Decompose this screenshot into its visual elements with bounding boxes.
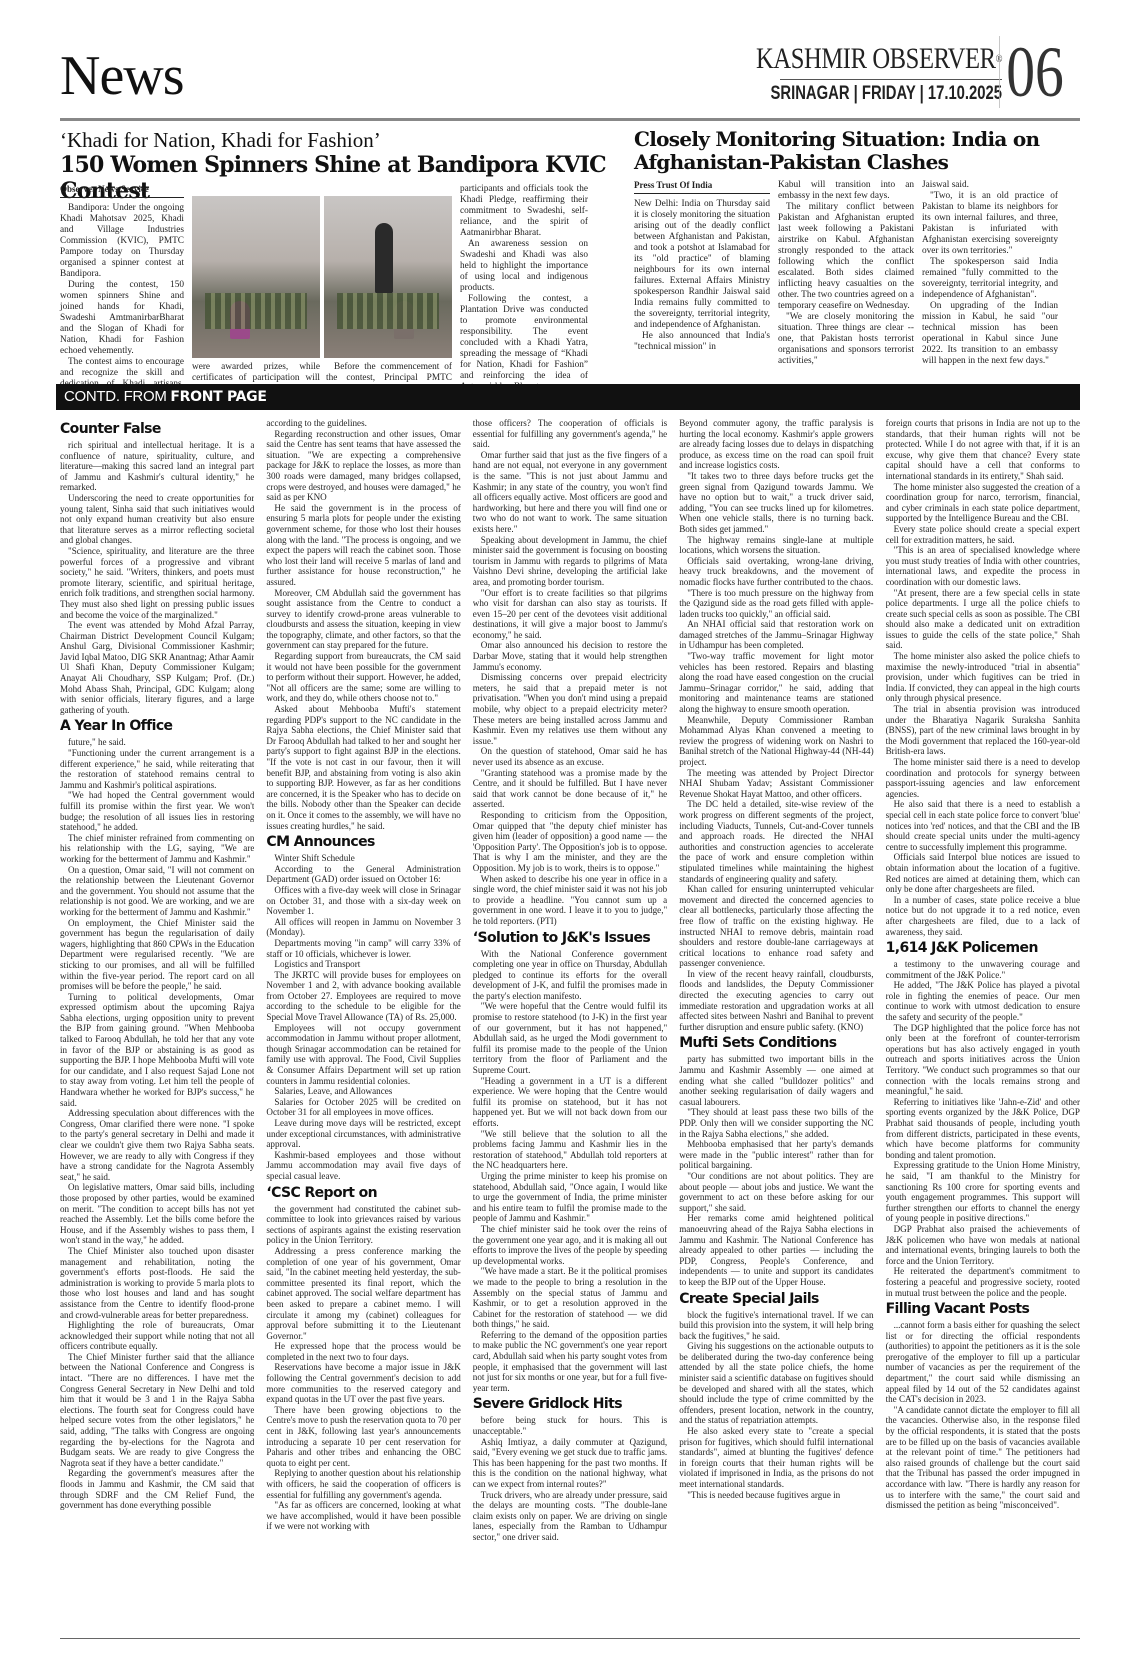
paragraph: Truck drivers, who are already under pre… <box>473 1490 667 1543</box>
paragraph: Mehbooba emphasised that her party's dem… <box>679 1139 873 1171</box>
paragraph: Asked about Mehbooba Mufti's statement r… <box>266 704 460 831</box>
paragraph: The Chief Minister also touched upon dis… <box>60 1246 254 1320</box>
paragraph: Speaking about development in Jammu, the… <box>473 535 667 588</box>
story-afghanistan: Closely Monitoring Situation: India on A… <box>634 128 1080 373</box>
publication-name: KASHMIR OBSERVER® <box>756 42 1002 76</box>
paragraph: The military conflict between Pakistan a… <box>778 202 914 312</box>
paragraph: Underscoring the need to create opportun… <box>60 493 254 546</box>
brand-block: KASHMIR OBSERVER® SRINAGAR | FRIDAY | 17… <box>702 42 1002 105</box>
paragraph: He reiterated the department's commitmen… <box>886 1266 1080 1298</box>
section-title: News <box>60 46 184 106</box>
newspaper-page: News KASHMIR OBSERVER® SRINAGAR | FRIDAY… <box>60 0 1080 1670</box>
story-col-1: Observer News Service Bandipora: Under t… <box>60 184 184 412</box>
paragraph: Meanwhile, Deputy Commissioner Ramban Mo… <box>679 715 873 768</box>
paragraph: "We still believe that the solution to a… <box>473 1129 667 1171</box>
masthead-rule <box>60 118 1080 121</box>
paragraph: Replying to another question about his r… <box>266 1468 460 1500</box>
paragraph: "This is needed because fugitives argue … <box>679 1490 873 1501</box>
paragraph: The spokesperson said India remained "fu… <box>922 257 1058 301</box>
paragraph: Highlighting the role of bureaucrats, Om… <box>60 1320 254 1352</box>
paragraph: Responding to criticism from the Opposit… <box>473 810 667 874</box>
paragraph: With the National Conference government … <box>473 949 667 1002</box>
paragraph: He said the government is in the process… <box>266 503 460 588</box>
section-heading: Filling Vacant Posts <box>886 1300 1080 1318</box>
section-heading: ‘Solution to J&K's Issues <box>473 929 667 947</box>
paragraph: rich spiritual and intellectual heritage… <box>60 440 254 493</box>
paragraph: Winter Shift Schedule <box>266 853 460 864</box>
paragraph: Expressing gratitude to the Union Home M… <box>886 1160 1080 1224</box>
story-photo <box>192 196 452 358</box>
paragraph: According to the General Administration … <box>266 864 460 885</box>
paragraph: Officials said Interpol blue notices are… <box>886 852 1080 894</box>
paragraph: Giving his suggestions on the actionable… <box>679 1341 873 1426</box>
paragraph: Her remarks come amid heightened politic… <box>679 1213 873 1287</box>
paragraph: Turning to political developments, Omar … <box>60 992 254 1109</box>
photo-spinners-left <box>192 196 320 358</box>
paragraph: "Functioning under the current arrangeme… <box>60 748 254 790</box>
paragraph: before being stuck for hours. This is un… <box>473 1415 667 1436</box>
brand-name-text: KASHMIR OBSERVER <box>756 42 996 75</box>
paragraph: "We were hopeful that the Centre would f… <box>473 1001 667 1075</box>
paragraph: Offices with a five-day week will close … <box>266 885 460 917</box>
page-number: 06 <box>999 36 1064 108</box>
story-col-3: Jaiswal said. "Two, it is an old practic… <box>922 180 1058 367</box>
byline: Press Trust Of India <box>634 180 770 194</box>
paragraph: An awareness session on Swadeshi and Kha… <box>460 239 588 294</box>
paragraph: On upgrading of the Indian mission in Ka… <box>922 301 1058 367</box>
paragraph: "Heading a government in a UT is a diffe… <box>473 1076 667 1129</box>
paragraph: Leave during move days will be restricte… <box>266 1118 460 1150</box>
paragraph: He also said that there is a need to est… <box>886 799 1080 852</box>
section-heading: Counter False <box>60 420 254 438</box>
paragraph: The trial in absentia provision was intr… <box>886 704 1080 757</box>
paragraph: DGP Prabhat also praised the achievement… <box>886 1224 1080 1266</box>
column-1: Counter Falserich spiritual and intellec… <box>60 418 254 1630</box>
paragraph: Moreover, CM Abdullah said the governmen… <box>266 588 460 652</box>
column-3: those officers? The cooperation of offic… <box>473 418 667 1630</box>
paragraph: Bandipora: Under the ongoing Khadi Mahot… <box>60 203 184 280</box>
paragraph: Kashmir-based employees and those withou… <box>266 1150 460 1182</box>
paragraph: "We are closely monitoring the situation… <box>778 312 914 367</box>
paragraph: On a question, Omar said, "I will not co… <box>60 865 254 918</box>
column-2: according to the guidelines.Regarding re… <box>266 418 460 1630</box>
photo-figure <box>375 223 393 293</box>
paragraph: The chief minister refrained from commen… <box>60 833 254 865</box>
paragraph: those officers? The cooperation of offic… <box>473 418 667 450</box>
paragraph: The chief minister said he took over the… <box>473 1224 667 1266</box>
paragraph: Referring to the demand of the oppositio… <box>473 1330 667 1394</box>
paragraph: "There is too much pressure on the highw… <box>679 588 873 620</box>
photo-spinners-right <box>324 196 452 358</box>
paragraph: Khan called for ensuring uninterrupted v… <box>679 884 873 969</box>
story-headline: Closely Monitoring Situation: India on A… <box>634 128 1080 174</box>
paragraph: Urging the prime minister to keep his pr… <box>473 1171 667 1224</box>
section-heading: Create Special Jails <box>679 1290 873 1308</box>
dateline: SRINAGAR | FRIDAY | 17.10.2025 <box>768 83 1002 105</box>
byline: Observer News Service <box>60 184 184 198</box>
paragraph: On the question of statehood, Omar said … <box>473 746 667 767</box>
paragraph: Referring to initiatives like 'Jahn-e-Zi… <box>886 1097 1080 1161</box>
story-col-4: participants and officials took the Khad… <box>460 184 588 393</box>
paragraph: future," he said. <box>60 737 254 748</box>
paragraph: Every state police should create a speci… <box>886 524 1080 545</box>
section-heading: ‘CSC Report on <box>266 1184 460 1202</box>
story-khadi: ‘Khadi for Nation, Khadi for Fashion’ 15… <box>60 128 620 373</box>
banner-prefix: CONTD. FROM <box>64 388 170 405</box>
paragraph: The Chief Minister further said that the… <box>60 1352 254 1469</box>
paragraph: Reservations have become a major issue i… <box>266 1362 460 1404</box>
paragraph: All offices will reopen in Jammu on Nove… <box>266 917 460 938</box>
paragraph: a testimony to the unwavering courage an… <box>886 959 1080 980</box>
paragraph: The home minister also suggested the cre… <box>886 482 1080 524</box>
section-heading: 1,614 J&K Policemen <box>886 939 1080 957</box>
paragraph: On employment, the Chief Minister said t… <box>60 918 254 992</box>
paragraph: Beyond commuter agony, the traffic paral… <box>679 418 873 471</box>
paragraph: Dismissing concerns over prepaid electri… <box>473 672 667 746</box>
paragraph: An NHAI official said that restoration w… <box>679 619 873 651</box>
paragraph: foreign courts that prisons in India are… <box>886 418 1080 482</box>
contd-banner: CONTD. FROM FRONT PAGE <box>56 384 1080 410</box>
paragraph: "Science, spirituality, and literature a… <box>60 546 254 620</box>
paragraph: He also asked every state to "create a s… <box>679 1426 873 1490</box>
paragraph: The highway remains single-lane at multi… <box>679 535 873 556</box>
bottom-rule <box>60 1638 1080 1639</box>
paragraph: The DC held a detailed, site-wise review… <box>679 799 873 884</box>
paragraph: Omar also announced his decision to rest… <box>473 640 667 672</box>
photo-figure <box>394 301 414 339</box>
paragraph: He added, "The J&K Police has played a p… <box>886 980 1080 1022</box>
brand-divider <box>780 79 1002 80</box>
paragraph: "It takes two to three days before truck… <box>679 471 873 535</box>
paragraph: according to the guidelines. <box>266 418 460 429</box>
paragraph: Addressing a press conference marking th… <box>266 1246 460 1341</box>
paragraph: Omar further said that just as the five … <box>473 450 667 535</box>
photo-figure <box>230 301 250 339</box>
column-5: foreign courts that prisons in India are… <box>886 418 1080 1630</box>
paragraph: Following the contest, a Plantation Driv… <box>460 294 588 393</box>
paragraph: When asked to describe his one year in o… <box>473 874 667 927</box>
paragraph: In view of the recent heavy rainfall, cl… <box>679 969 873 1033</box>
section-heading: Mufti Sets Conditions <box>679 1034 873 1052</box>
paragraph: block the fugitive's international trave… <box>679 1310 873 1342</box>
paragraph: participants and officials took the Khad… <box>460 184 588 239</box>
paragraph: New Delhi: India on Thursday said it is … <box>634 199 770 331</box>
paragraph: The meeting was attended by Project Dire… <box>679 768 873 800</box>
paragraph: Logistics and Transport <box>266 959 460 970</box>
paragraph: Kabul will transition into an embassy in… <box>778 180 914 202</box>
banner-emphasis: FRONT PAGE <box>170 389 266 405</box>
section-heading: Severe Gridlock Hits <box>473 1395 667 1413</box>
masthead: News KASHMIR OBSERVER® SRINAGAR | FRIDAY… <box>60 40 1080 110</box>
paragraph: The home minister also asked the police … <box>886 651 1080 704</box>
paragraph: party has submitted two important bills … <box>679 1054 873 1107</box>
section-heading: CM Announces <box>266 833 460 851</box>
paragraph: "As far as officers are concerned, looki… <box>266 1500 460 1532</box>
paragraph: "Our conditions are not about politics. … <box>679 1171 873 1213</box>
paragraph: Salaries for October 2025 will be credit… <box>266 1097 460 1118</box>
continued-columns: Counter Falserich spiritual and intellec… <box>60 418 1080 1630</box>
paragraph: Ashiq Imtiyaz, a daily commuter at Qazig… <box>473 1437 667 1490</box>
paragraph: "At present, there are a few special cel… <box>886 588 1080 652</box>
section-heading: A Year In Office <box>60 717 254 735</box>
paragraph: Jaiswal said. <box>922 180 1058 191</box>
paragraph: "This is an area of specialised knowledg… <box>886 545 1080 587</box>
paragraph: Addressing speculation about differences… <box>60 1108 254 1182</box>
paragraph: "They should at least pass these two bil… <box>679 1107 873 1139</box>
paragraph: Employees will not occupy government acc… <box>266 1023 460 1087</box>
paragraph: He expressed hope that the process would… <box>266 1341 460 1362</box>
paragraph: He also announced that India's "technica… <box>634 331 770 353</box>
paragraph: During the contest, 150 women spinners S… <box>60 280 184 357</box>
paragraph: the government had constituted the cabin… <box>266 1204 460 1246</box>
column-4: Beyond commuter agony, the traffic paral… <box>679 418 873 1630</box>
story-kicker: ‘Khadi for Nation, Khadi for Fashion’ <box>60 128 620 152</box>
paragraph: In a number of cases, state police recei… <box>886 895 1080 937</box>
paragraph: On legislative matters, Omar said bills,… <box>60 1182 254 1246</box>
paragraph: Regarding the government's measures afte… <box>60 1468 254 1510</box>
paragraph: The DGP highlighted that the police forc… <box>886 1023 1080 1097</box>
paragraph: Regarding reconstruction and other issue… <box>266 429 460 503</box>
paragraph: The JKRTC will provide buses for employe… <box>266 970 460 1023</box>
paragraph: Departments moving "in camp" will carry … <box>266 938 460 959</box>
story-col-1: Press Trust Of India New Delhi: India on… <box>634 180 770 353</box>
paragraph: "Two-way traffic movement for light moto… <box>679 651 873 715</box>
paragraph: The home minister said there is a need t… <box>886 757 1080 799</box>
paragraph: "Two, it is an old practice of Pakistan … <box>922 191 1058 257</box>
paragraph: "Our effort is to create facilities so t… <box>473 588 667 641</box>
paragraph: "A candidate cannot dictate the employer… <box>886 1405 1080 1511</box>
paragraph: Regarding support from bureaucrats, the … <box>266 651 460 704</box>
paragraph: There have been growing objections to th… <box>266 1405 460 1469</box>
paragraph: "Granting statehood was a promise made b… <box>473 768 667 810</box>
story-col-2: Kabul will transition into an embassy in… <box>778 180 914 367</box>
paragraph: The event was attended by Mohd Afzal Par… <box>60 620 254 715</box>
paragraph: "We have made a start. Be it the politic… <box>473 1266 667 1330</box>
paragraph: Officials said overtaking, wrong-lane dr… <box>679 556 873 588</box>
paragraph: "We had hoped the Central government wou… <box>60 790 254 832</box>
paragraph: ...cannot form a basis either for quashi… <box>886 1320 1080 1405</box>
paragraph: Salaries, Leave, and Allowances <box>266 1086 460 1097</box>
